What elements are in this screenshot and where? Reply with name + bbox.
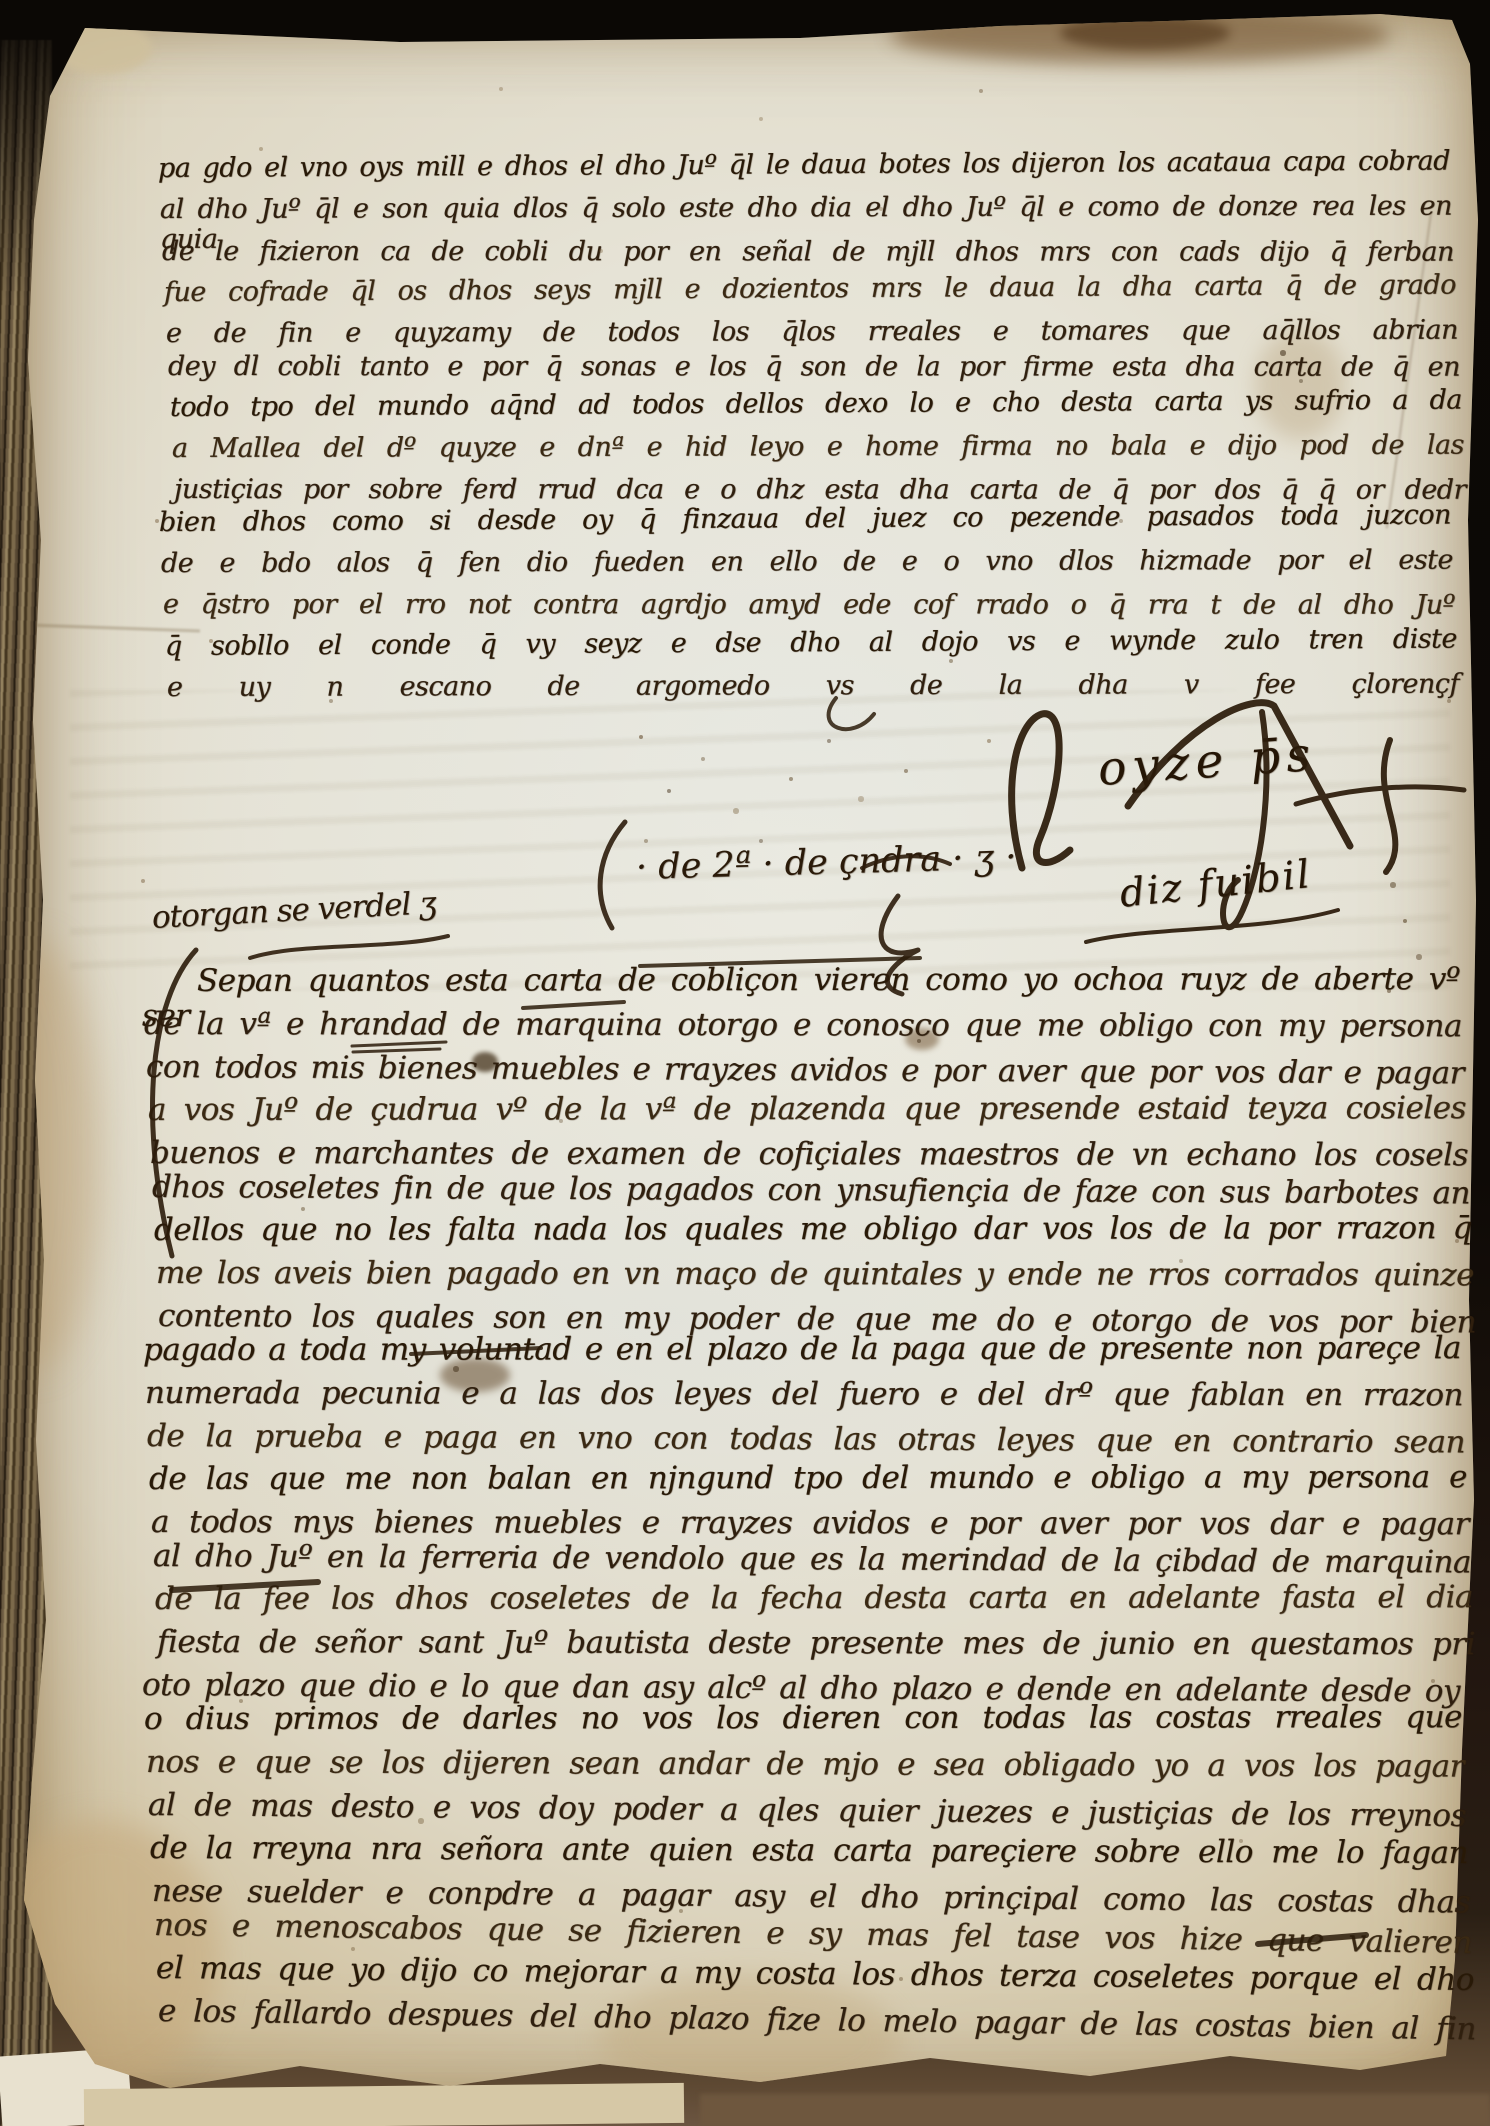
margin-flourish [152,936,448,1256]
signature-rubric [1012,703,1464,942]
ink-strikes [172,958,1366,1944]
closing-flourish [829,698,874,729]
ink-specks [0,0,2,2]
manuscript-scan: pa gdo el vno oys mill e dhos el dho Juº… [0,0,1490,2126]
ink-flourish-layer [0,0,1490,2126]
heading-paren-flourish [600,822,950,994]
